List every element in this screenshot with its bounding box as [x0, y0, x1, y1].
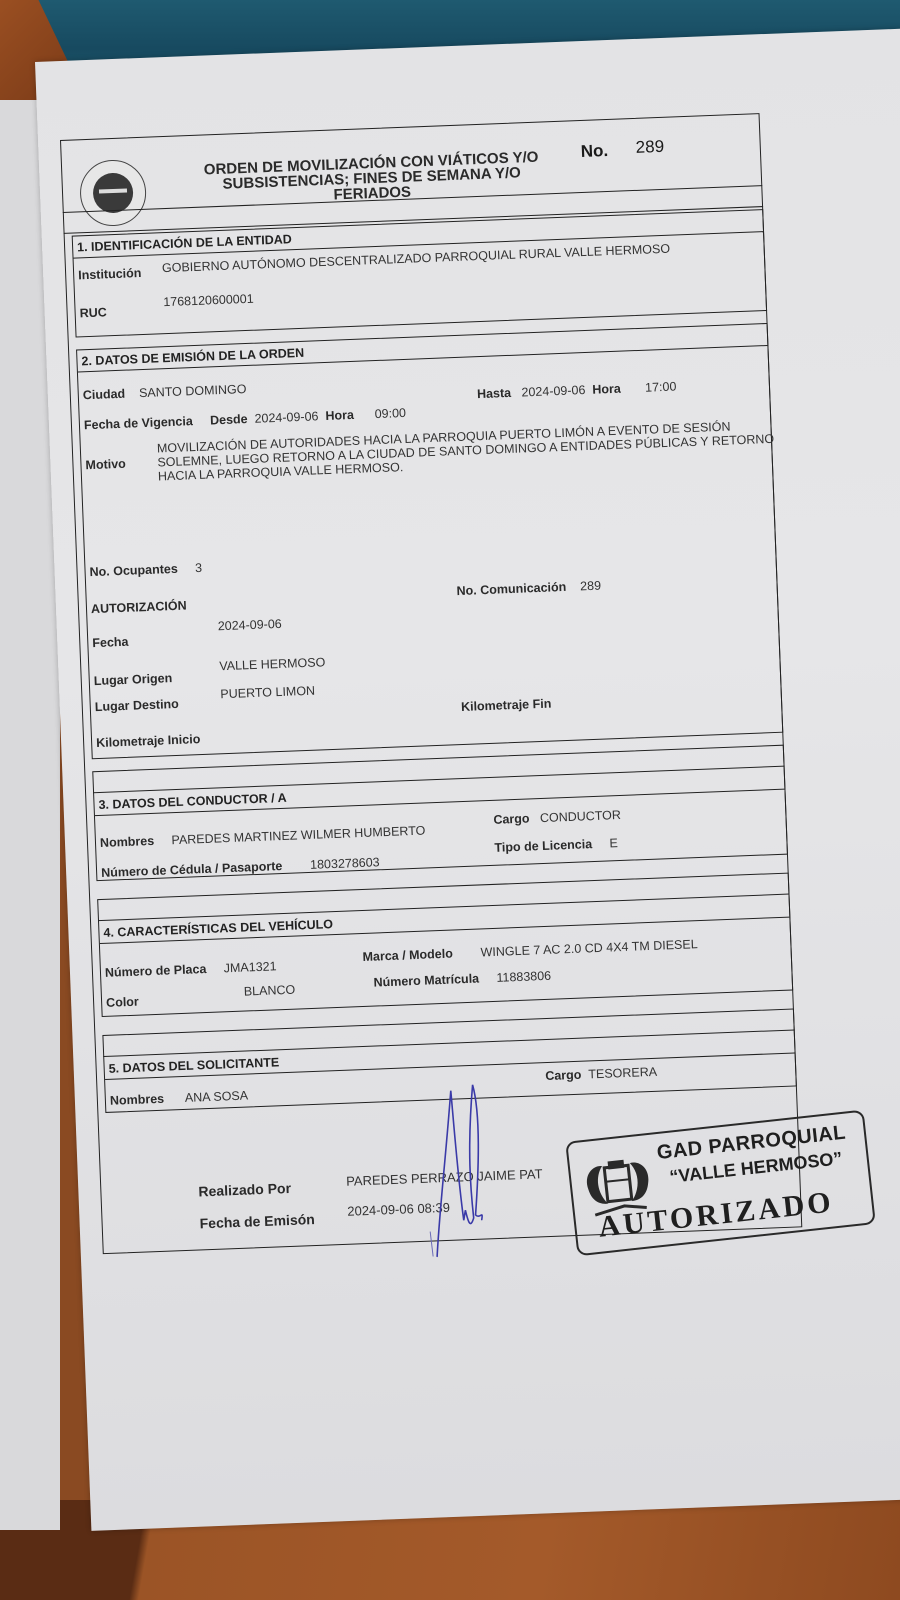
hora-desde-value: 09:00 [374, 406, 406, 421]
solicitante-cargo-value: TESORERA [588, 1065, 657, 1082]
ruc-value: 1768120600001 [163, 292, 254, 309]
nombres-label: Nombres [100, 834, 155, 850]
placa-label: Número de Placa [105, 962, 207, 980]
vigencia-label: Fecha de Vigencia [84, 414, 193, 432]
hasta-value: 2024-09-06 [521, 383, 585, 399]
ocupantes-label: No. Ocupantes [89, 562, 178, 579]
destino-label: Lugar Destino [95, 697, 180, 714]
conductor-nombres-value: PAREDES MARTINEZ WILMER HUMBERTO [171, 823, 425, 847]
comunicacion-value: 289 [580, 579, 601, 594]
institucion-label: Institución [78, 266, 142, 282]
origen-label: Lugar Origen [94, 671, 173, 688]
desde-value: 2024-09-06 [254, 409, 318, 425]
key-icon [99, 188, 127, 193]
marca-value: WINGLE 7 AC 2.0 CD 4X4 TM DIESEL [480, 937, 698, 959]
cedula-value: 1803278603 [310, 855, 380, 872]
ruc-label: RUC [79, 305, 107, 320]
placa-value: JMA1321 [223, 959, 276, 975]
fecha-value: 2024-09-06 [218, 617, 282, 633]
conductor-cargo-value: CONDUCTOR [540, 808, 622, 825]
color-label: Color [106, 995, 139, 1010]
motivo-label: Motivo [85, 457, 126, 473]
cargo-label: Cargo [493, 811, 530, 826]
ciudad-label: Ciudad [83, 387, 126, 403]
hasta-label: Hasta [477, 386, 512, 401]
hora-label: Hora [592, 382, 621, 397]
comunicacion-label: No. Comunicación [456, 580, 566, 598]
motivo-value: MOVILIZACIÓN DE AUTORIDADES HACIA LA PAR… [157, 418, 778, 484]
nombres-label: Nombres [110, 1092, 165, 1108]
desde-label: Desde [210, 412, 248, 427]
hora-label: Hora [325, 408, 354, 423]
handwritten-signature-icon [416, 1069, 493, 1262]
km-fin-label: Kilometraje Fin [461, 697, 552, 714]
marca-label: Marca / Modelo [362, 947, 453, 964]
ocupantes-value: 3 [195, 561, 202, 575]
ciudad-value: SANTO DOMINGO [139, 382, 247, 400]
destino-value: PUERTO LIMON [220, 684, 315, 702]
order-number: 289 [635, 137, 664, 158]
solicitante-nombres-value: ANA SOSA [185, 1088, 249, 1104]
cargo-label: Cargo [545, 1068, 582, 1083]
matricula-value: 11883806 [496, 969, 551, 985]
km-inicio-label: Kilometraje Inicio [96, 732, 201, 750]
origen-value: VALLE HERMOSO [219, 655, 326, 673]
matricula-label: Número Matrícula [373, 972, 479, 990]
hora-hasta-value: 17:00 [645, 380, 677, 395]
section-emision: 2. DATOS DE EMISIÓN DE LA ORDEN Ciudad S… [76, 323, 783, 759]
order-number-label: No. [580, 141, 608, 162]
color-value: BLANCO [244, 983, 296, 999]
autorizacion-label: AUTORIZACIÓN [91, 598, 187, 616]
licencia-label: Tipo de Licencia [494, 837, 592, 855]
licencia-value: E [609, 836, 618, 850]
fecha-label: Fecha [92, 635, 129, 650]
